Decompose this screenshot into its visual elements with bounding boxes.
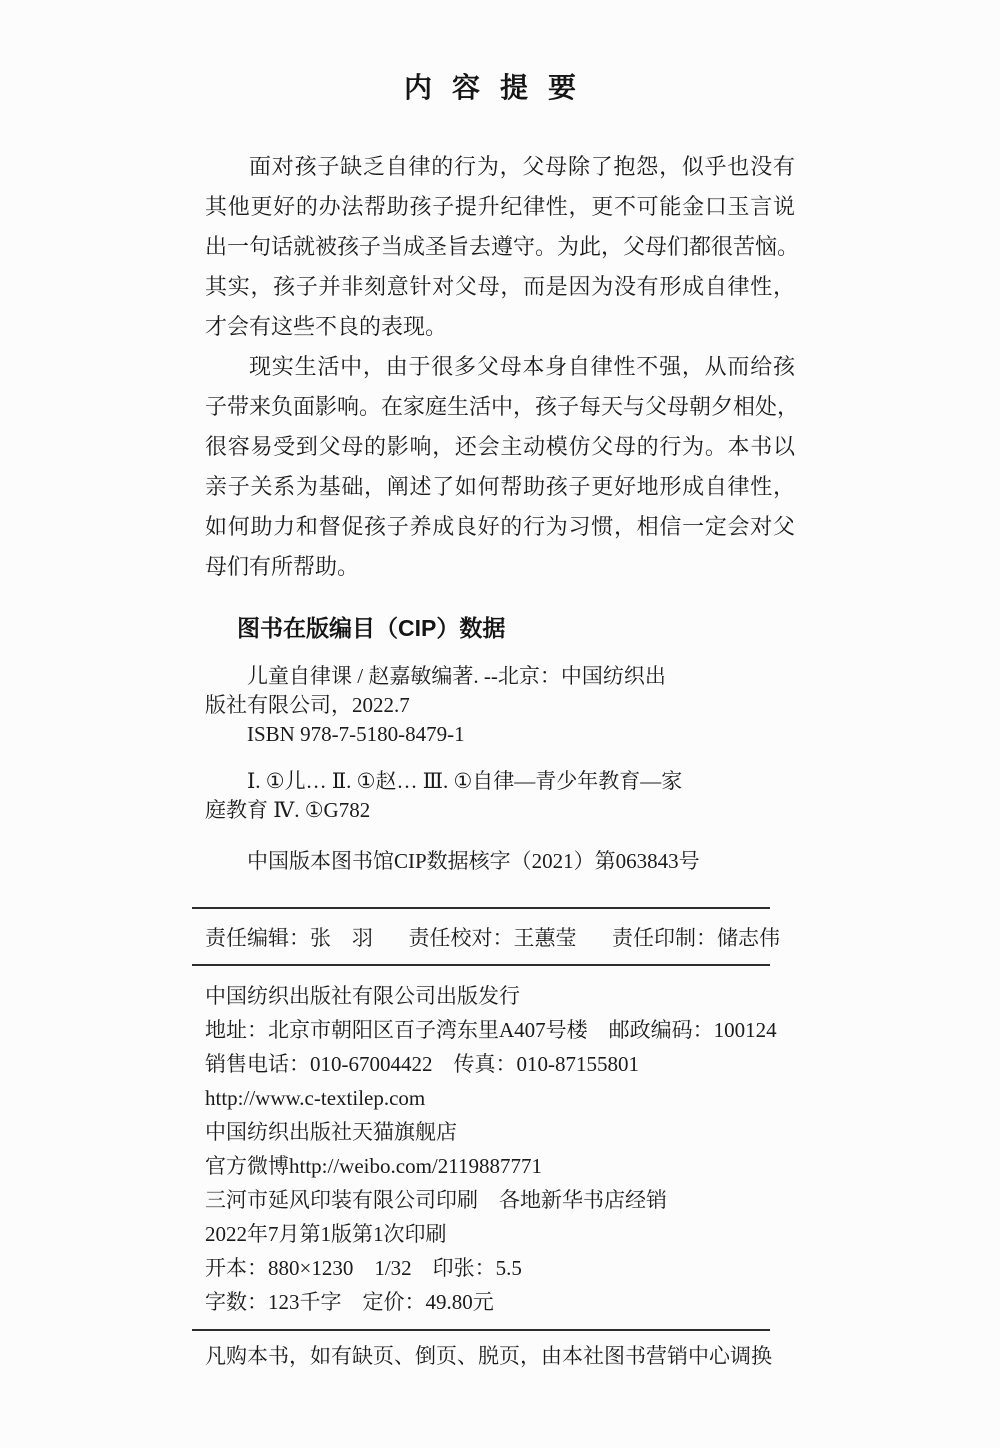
abstract-line: 出一句话就被孩子当成圣旨去遵守。为此，父母们都很苦恼。 [205, 227, 795, 267]
abstract-line: 亲子关系为基础，阐述了如何帮助孩子更好地形成自律性， [205, 467, 795, 507]
tmall-store-line: 中国纺织出版社天猫旗舰店 [205, 1115, 795, 1149]
staff-editor-label: 责任编辑： [205, 926, 310, 950]
abstract-line: 很容易受到父母的影响，还会主动模仿父母的行为。本书以 [205, 427, 795, 467]
abstract-line: 如何助力和督促孩子养成良好的行为习惯，相信一定会对父 [205, 507, 795, 547]
staff-printer-label: 责任印制： [612, 926, 717, 950]
format-line: 开本：880×1230 1/32 印张：5.5 [205, 1251, 795, 1285]
printer-seller-line: 三河市延风印装有限公司印刷 各地新华书店经销 [205, 1183, 795, 1217]
abstract-line: 其他更好的办法帮助孩子提升纪律性，更不可能金口玉言说 [205, 187, 795, 227]
phone-fax-line: 销售电话：010-67004422 传真：010-87155801 [205, 1047, 795, 1081]
wordcount-price-line: 字数：123千字 定价：49.80元 [205, 1285, 795, 1319]
abstract-heading: 内容提要 [205, 72, 795, 104]
cip-isbn: ISBN 978-7-5180-8479-1 [205, 720, 795, 749]
cip-entry-line: 儿童自律课 / 赵嘉敏编著. --北京：中国纺织出 [205, 662, 795, 691]
divider-rule-middle [192, 964, 770, 966]
staff-printer-name: 储志伟 [717, 926, 780, 950]
abstract-body: 面对孩子缺乏自律的行为，父母除了抱怨，似乎也没有 其他更好的办法帮助孩子提升纪律… [205, 147, 795, 587]
staff-proofreader-name: 王蕙莹 [514, 926, 577, 950]
replacement-notice: 凡购本书，如有缺页、倒页、脱页，由本社图书营销中心调换 [205, 1344, 795, 1368]
edition-line: 2022年7月第1版第1次印刷 [205, 1217, 795, 1251]
cip-record-line: 中国版本图书馆CIP数据核字（2021）第063843号 [205, 847, 795, 876]
publisher-line: 中国纺织出版社有限公司出版发行 [205, 979, 795, 1013]
divider-rule-bottom [192, 1329, 770, 1331]
cip-entry-line: 版社有限公司，2022.7 [205, 691, 795, 720]
publication-info: 中国纺织出版社有限公司出版发行 地址：北京市朝阳区百子湾东里A407号楼 邮政编… [205, 979, 795, 1319]
staff-proofreader: 责任校对：王蕙莹 [409, 922, 577, 952]
website-line: http://www.c-textilep.com [205, 1081, 795, 1115]
staff-printer: 责任印制：储志伟 [612, 922, 780, 952]
cip-class-line: Ⅰ. ①儿… Ⅱ. ①赵… Ⅲ. ①自律—青少年教育—家 [205, 767, 795, 796]
cip-heading: 图书在版编目（CIP）数据 [205, 613, 827, 643]
abstract-line: 才会有这些不良的表现。 [205, 307, 795, 347]
abstract-line: 现实生活中，由于很多父母本身自律性不强，从而给孩 [205, 347, 795, 387]
address-line: 地址：北京市朝阳区百子湾东里A407号楼 邮政编码：100124 [205, 1013, 795, 1047]
book-copyright-page: 内容提要 面对孩子缺乏自律的行为，父母除了抱怨，似乎也没有 其他更好的办法帮助孩… [0, 0, 1000, 1448]
cip-entry: 儿童自律课 / 赵嘉敏编著. --北京：中国纺织出 版社有限公司，2022.7 … [205, 662, 795, 749]
abstract-line: 面对孩子缺乏自律的行为，父母除了抱怨，似乎也没有 [205, 147, 795, 187]
abstract-line: 母们有所帮助。 [205, 547, 795, 587]
staff-row: 责任编辑：张 羽 责任校对：王蕙莹 责任印制：储志伟 [205, 909, 780, 965]
cip-classification: Ⅰ. ①儿… Ⅱ. ①赵… Ⅲ. ①自律—青少年教育—家 庭教育 Ⅳ. ①G78… [205, 767, 795, 825]
weibo-line: 官方微博http://weibo.com/2119887771 [205, 1149, 795, 1183]
page-content: 内容提要 面对孩子缺乏自律的行为，父母除了抱怨，似乎也没有 其他更好的办法帮助孩… [205, 0, 795, 1448]
staff-proofreader-label: 责任校对： [409, 926, 514, 950]
cip-class-line: 庭教育 Ⅳ. ①G782 [205, 796, 795, 825]
staff-editor-name: 张 羽 [310, 926, 373, 950]
staff-editor: 责任编辑：张 羽 [205, 922, 373, 952]
abstract-line: 其实，孩子并非刻意针对父母，而是因为没有形成自律性， [205, 267, 795, 307]
abstract-line: 子带来负面影响。在家庭生活中，孩子每天与父母朝夕相处， [205, 387, 795, 427]
cip-record: 中国版本图书馆CIP数据核字（2021）第063843号 [205, 847, 795, 876]
